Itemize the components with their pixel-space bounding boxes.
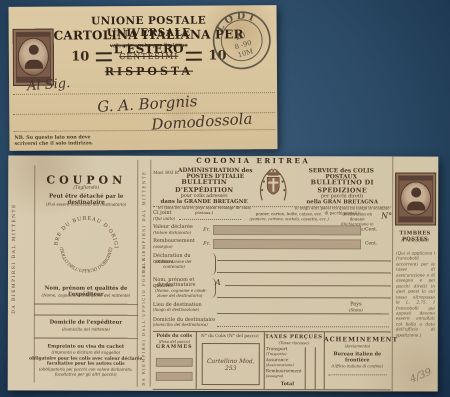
contenu-line bbox=[217, 272, 391, 273]
affixed-stamp-icon bbox=[395, 172, 436, 225]
postmark-town: LODI bbox=[211, 5, 260, 36]
svg-text:LODI: LODI bbox=[211, 5, 260, 36]
sender-name-label-it: (Nome, cognome e condizione del mittente… bbox=[28, 292, 144, 297]
tax-it: (Assicurazione) bbox=[266, 364, 304, 368]
coupon-title-it: (Tagliando) bbox=[38, 186, 134, 191]
lieu-label-it: (luogo di destinazione) bbox=[153, 308, 199, 313]
pencil-annotation: 4/39 bbox=[408, 367, 433, 386]
valeur-fr-currency: Fr. bbox=[203, 227, 210, 233]
dest-label-it2: zione del destinatario) bbox=[157, 294, 202, 299]
tax-it: (Trasporto) bbox=[266, 353, 304, 357]
pays-it: (Stato) bbox=[341, 308, 371, 313]
fr-title: BULLETTIN D'EXPÉDITION bbox=[153, 178, 255, 194]
weight-column-header: Poids du colis (Peso del pacco) GRAMMES bbox=[153, 334, 196, 350]
remb-amount-box bbox=[213, 239, 361, 249]
remb-fr-currency: Fr. bbox=[203, 241, 210, 247]
cachet-arc-bottom-text: (BOLLO DELL'UFFICIO D'ORIGINE) bbox=[58, 247, 114, 275]
nb-footnote-line2: scriversi che il solo indirizzo. bbox=[14, 140, 93, 147]
currency-struck: CENTESIMI bbox=[119, 52, 178, 61]
header-block-it: BULLETTINO DI SPEDIZIONE per pacchi dire… bbox=[293, 178, 391, 215]
taxes-subcol-line bbox=[315, 347, 316, 389]
tax-it: (assegno) bbox=[266, 375, 304, 379]
cachet-arc-top-text: TIMBRE DU BUREAU D'ORIGINE bbox=[49, 210, 119, 250]
sender-domicile-label-it: (Domicilio del mittente) bbox=[32, 326, 140, 331]
pays-label: Pays (Stato) bbox=[341, 302, 371, 312]
packing-line2: (paniere, cartone, scatola, cassetta, ec… bbox=[245, 216, 333, 221]
it-title: BULLETTINO DI SPEDIZIONE bbox=[293, 178, 391, 194]
left-margin-vertical-text: DA RIEMPIRSI DAL MITTENTE bbox=[12, 183, 17, 333]
timbres-label-it: (Francobolli) bbox=[393, 237, 437, 242]
weight-box bbox=[156, 372, 193, 381]
stamp-top-band bbox=[17, 33, 50, 37]
sender-write-line bbox=[34, 315, 138, 316]
seal-line2: (Impronta o dicitura del suggello) bbox=[24, 349, 148, 354]
svg-text:(BOLLO DELL'UFFICIO D'ORIGINE): (BOLLO DELL'UFFICIO D'ORIGINE) bbox=[58, 247, 114, 275]
coupon-section: COUPON (Tagliando) Peut être détaché par… bbox=[38, 162, 135, 386]
valeur-amount-box bbox=[213, 225, 361, 235]
cancel-bar-icon bbox=[185, 52, 201, 61]
handwritten-salutation: Al Sig. bbox=[27, 76, 71, 94]
portrait-bust-icon bbox=[407, 202, 425, 211]
cijoint-blank bbox=[179, 219, 241, 220]
fees-table: Poids du colis (Peso del pacco) GRAMMES … bbox=[153, 331, 391, 391]
address-line-rule bbox=[13, 129, 275, 132]
cijoint-label-it: (Qui unito) bbox=[153, 217, 175, 222]
stamps-instructions-note: (Qui si applicano i francobolli occorren… bbox=[396, 250, 435, 337]
nb-footnote: NB. Su questo lato non deve scriversi ch… bbox=[14, 134, 93, 147]
value-left: 10 bbox=[71, 49, 89, 64]
contenu-brace bbox=[210, 253, 216, 275]
weight-box bbox=[156, 358, 193, 367]
routing-column: ACHEMINEMENT (Avviamento) Bureau italien… bbox=[324, 336, 391, 368]
douane-number: N° bbox=[381, 211, 392, 220]
remb-cent: Cent. bbox=[365, 241, 377, 246]
douane-fr: Déclaration en douane bbox=[335, 211, 379, 221]
cartellino-note: Cartellino Mod. 253 bbox=[203, 358, 259, 372]
contenu-line bbox=[217, 260, 391, 261]
taxes-subcol-line bbox=[305, 347, 306, 389]
bureau-it: (Ufficio italiano di confine) bbox=[324, 363, 391, 368]
domicile-write-line bbox=[34, 338, 138, 339]
taxes-header: TAXES PERÇUES (Tasse riscosse) bbox=[264, 334, 324, 345]
valeur-label-it: (Valore dichiarato) bbox=[153, 231, 191, 236]
tax-total-label: Total bbox=[281, 381, 294, 387]
bureau-fr: Bureau italien de frontière bbox=[324, 351, 391, 363]
portrait-head-icon bbox=[411, 187, 421, 197]
domicile-dest-line bbox=[217, 326, 389, 327]
grammes-label: GRAMMES bbox=[153, 344, 196, 350]
origin-cachet-circle-icon: TIMBRE DU BUREAU D'ORIGINE (BOLLO DELL'U… bbox=[49, 210, 123, 284]
divider-vertical-text-office: DA RIEMPIRSI DALL'UFFICIO POSTALE bbox=[141, 284, 146, 386]
tax-row-assurance: Assurance (Assicurazione) bbox=[266, 359, 304, 367]
sender-domicile-label-fr: Domicile de l'expéditeur bbox=[32, 319, 140, 325]
tax-row-transport: Transport (Trasporto) bbox=[266, 348, 304, 356]
cancel-bar-icon bbox=[96, 52, 112, 61]
stamps-column: TIMBRES POSTES (Francobolli) (Qui si app… bbox=[392, 156, 438, 391]
routing-line bbox=[329, 374, 387, 375]
dest-a: A bbox=[215, 278, 221, 287]
parcel-number-header: N° du Colis (N° del pacco) bbox=[198, 334, 262, 339]
svg-text:TIMBRE DU BUREAU D'ORIGINE: TIMBRE DU BUREAU D'ORIGINE bbox=[49, 210, 119, 250]
dest-line bbox=[217, 297, 391, 298]
portrait-head-icon bbox=[28, 45, 38, 55]
contenu-label-it2: contenuto) bbox=[163, 265, 185, 270]
valeur-cent: Cent. bbox=[365, 227, 377, 232]
tax-row-remboursement: Remboursement (assegno) bbox=[266, 370, 304, 378]
packing-note: panier, carton, boîte, caisse, ecc. (pan… bbox=[245, 211, 333, 221]
portrait-bust-icon bbox=[24, 60, 42, 69]
domicile-dest-label-it: (domicilio del destinatario) bbox=[153, 323, 208, 328]
seal-instructions: Empreinte ou visa du cachet (Impronta o … bbox=[24, 343, 148, 376]
dest-line bbox=[225, 285, 391, 286]
table-col-line bbox=[196, 332, 197, 389]
bulletin-main-form: Mod. 603 B. ADMINISTRATION des POSTES D'… bbox=[153, 161, 392, 389]
achem-it: (Avviamento) bbox=[324, 343, 391, 348]
sender-write-line bbox=[34, 304, 138, 305]
remb-label-it: (assegno) bbox=[153, 245, 173, 250]
coupon-detach-it: (Può essere distaccato dal destinatario) bbox=[32, 202, 140, 207]
postcard-cartolina: UNIONE POSTALE UNIVERSALE CARTOLINA ITAL… bbox=[9, 5, 278, 151]
lieu-line bbox=[217, 313, 389, 314]
savoy-crest-icon bbox=[256, 163, 290, 205]
parcel-label-box: Cartellino Mod. 253 bbox=[202, 343, 260, 385]
divider-rule-right bbox=[150, 160, 152, 387]
seal-line6: facoltativa per gli altri pacchi) bbox=[24, 371, 148, 376]
stamp-top-band bbox=[399, 176, 432, 180]
parcel-bulletin-form: COLONIA ERITREA DA RIEMPIRSI DAL MITTENT… bbox=[8, 155, 439, 391]
taxes-it: (Tasse riscosse) bbox=[264, 340, 324, 345]
stamp-bottom-band bbox=[399, 216, 432, 221]
